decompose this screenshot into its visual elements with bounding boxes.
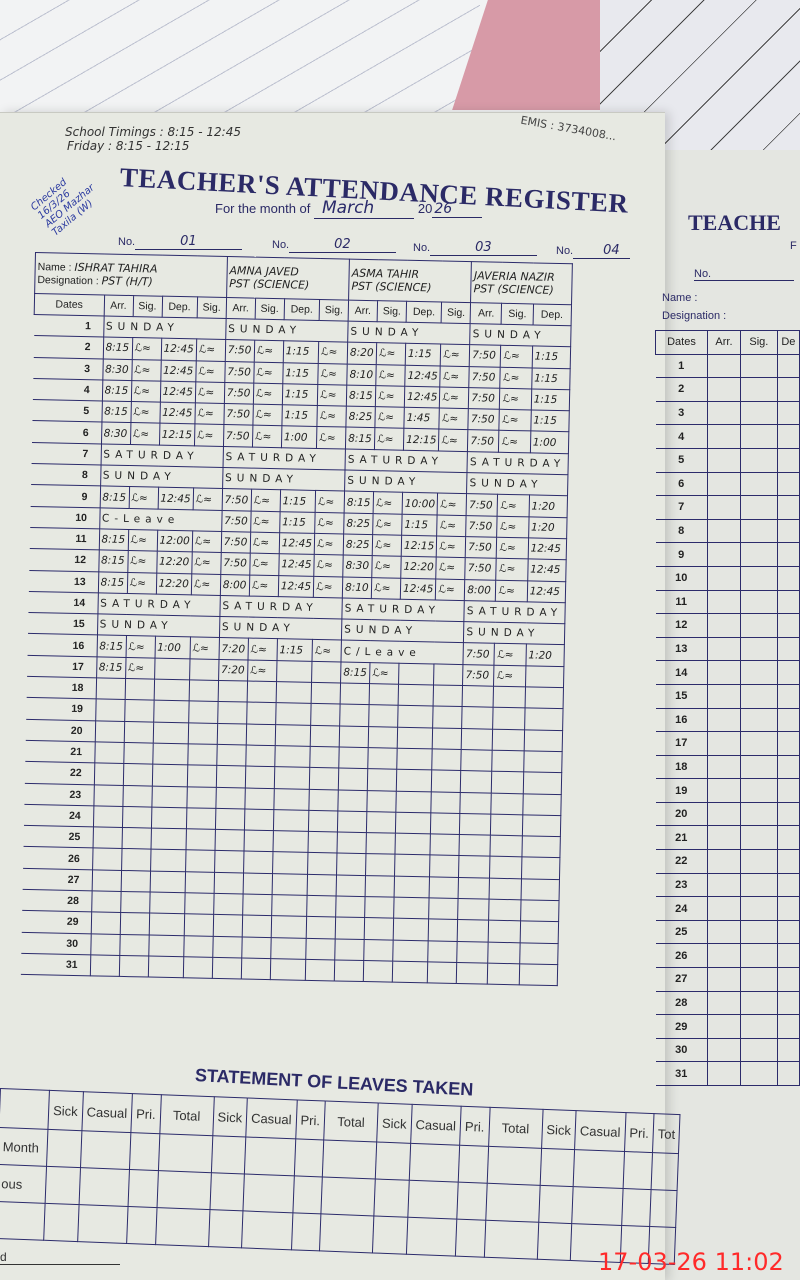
- arrival-cell: [707, 543, 740, 567]
- date-cell: 26: [23, 847, 93, 870]
- arrival-cell: [336, 875, 365, 897]
- signature-cell: [741, 566, 778, 590]
- date-cell: 12: [656, 614, 708, 638]
- departure-cell: 1:00: [281, 426, 317, 448]
- signature-cell: ℒ≈: [126, 636, 155, 658]
- right-page-no-label: No.: [694, 268, 794, 281]
- signature-cell: ℒ≈: [375, 407, 404, 429]
- arrival-cell: [90, 933, 119, 955]
- table-row: 13: [656, 637, 800, 661]
- departure-cell: [777, 1038, 799, 1062]
- departure-cell: 1:00: [155, 637, 191, 659]
- leaves-col-casual: Casual: [246, 1098, 297, 1139]
- departure-cell: [274, 767, 310, 789]
- table-row: 31: [656, 1062, 800, 1086]
- arrival-cell: [457, 941, 489, 963]
- departure-cell: 12:45: [279, 533, 315, 555]
- signature-cell: [430, 834, 459, 856]
- arrival-cell: 8:15: [96, 657, 125, 679]
- arrival-cell: [217, 744, 246, 766]
- leaves-col-sick: Sick: [377, 1103, 412, 1143]
- departure-cell: [525, 687, 563, 709]
- attendance-rows: 1SUNDAYSUNDAYSUNDAYSUNDAY28:15ℒ≈12:45ℒ≈7…: [20, 314, 570, 985]
- year-value: 26: [432, 201, 482, 218]
- arrival-cell: 7:50: [463, 664, 495, 686]
- leaves-col-pri: Pri.: [460, 1106, 490, 1146]
- departure-cell: [522, 815, 560, 837]
- arrival-cell: [336, 896, 365, 918]
- timings-line-1: School Timings : 8:15 - 12:45: [65, 125, 241, 139]
- signature-cell: [188, 722, 217, 744]
- date-cell: 21: [25, 740, 95, 763]
- signature-cell: ℒ≈: [254, 362, 283, 384]
- departure-cell: 1:15: [283, 341, 319, 363]
- date-cell: 19: [26, 698, 96, 721]
- date-cell: 28: [22, 889, 92, 912]
- signature-cell: ℒ≈: [373, 492, 402, 514]
- signature-cell: ℒ≈: [196, 360, 225, 382]
- signature-cell: [741, 732, 778, 756]
- date-cell: 7: [656, 496, 708, 520]
- departure-cell: [276, 682, 312, 704]
- arrival-cell: [707, 802, 740, 826]
- signature-cell: [366, 833, 395, 855]
- arrival-cell: [94, 763, 123, 785]
- signature-cell: ℒ≈: [314, 555, 343, 577]
- signature-cell: [310, 746, 339, 768]
- departure-cell: 1:15: [282, 384, 318, 406]
- right-page-title: TEACHE: [688, 210, 781, 236]
- signature-cell: [308, 810, 337, 832]
- no-label: No.: [272, 239, 289, 251]
- signature-cell: ℒ≈: [497, 537, 529, 559]
- arr-header: Arr.: [104, 295, 133, 317]
- status-cell: SATURDAY: [101, 444, 224, 468]
- no-value: 02: [289, 237, 396, 253]
- arrival-cell: [707, 920, 740, 944]
- arrival-cell: 7:50: [221, 510, 250, 532]
- leaves-col-sick: Sick: [212, 1097, 247, 1137]
- signature-cell: [490, 878, 522, 900]
- arrival-cell: 8:00: [465, 579, 497, 601]
- status-cell: SUNDAY: [219, 617, 342, 641]
- departure-cell: [525, 666, 563, 688]
- departure-cell: 12:45: [527, 580, 565, 602]
- signature-cell: ℒ≈: [192, 531, 221, 553]
- signature-cell: [306, 938, 335, 960]
- arrival-cell: [459, 835, 491, 857]
- departure-cell: [777, 519, 799, 543]
- signature-cell: ℒ≈: [436, 579, 465, 601]
- status-cell: SUNDAY: [225, 319, 348, 343]
- arrival-cell: [707, 496, 740, 520]
- background-ruled-lines: [0, 0, 480, 120]
- table-row: 16: [656, 708, 800, 732]
- attendance-table: Name : ISHRAT TAHIRA Designation : PST (…: [20, 252, 573, 986]
- signature-cell: [741, 425, 778, 449]
- arr-header: Arr.: [348, 300, 377, 322]
- arrival-cell: 8:20: [347, 342, 376, 364]
- date-cell: 15: [656, 684, 708, 708]
- signature-cell: [120, 891, 149, 913]
- date-cell: 27: [22, 868, 92, 891]
- status-cell: SATURDAY: [467, 451, 568, 474]
- arrival-cell: 7:20: [218, 659, 247, 681]
- arrival-cell: [91, 891, 120, 913]
- signature-cell: ℒ≈: [500, 367, 532, 389]
- signature-cell: ℒ≈: [316, 427, 345, 449]
- departure-cell: [777, 401, 799, 425]
- date-cell: 4: [32, 378, 102, 401]
- departure-cell: [392, 961, 428, 983]
- arrival-cell: 8:25: [346, 406, 375, 428]
- arrival-cell: [217, 723, 246, 745]
- signature-cell: [489, 920, 521, 942]
- signature-cell: ℒ≈: [372, 556, 401, 578]
- departure-cell: [777, 968, 799, 992]
- departure-cell: 12:45: [278, 575, 314, 597]
- departure-cell: [154, 679, 190, 701]
- sig-header: Sig.: [319, 299, 348, 321]
- signature-cell: [364, 918, 393, 940]
- arrival-cell: [707, 590, 740, 614]
- arrival-cell: 7:50: [468, 430, 500, 452]
- no-value: 03: [430, 240, 537, 256]
- departure-cell: 12:20: [156, 573, 192, 595]
- signature-cell: ℒ≈: [127, 572, 156, 594]
- signature-cell: [187, 765, 216, 787]
- right-page-name-label: Name :: [662, 292, 697, 304]
- table-row: 29: [656, 1015, 800, 1039]
- table-row: 18: [656, 755, 800, 779]
- date-cell: 30: [656, 1038, 708, 1062]
- arrival-cell: [96, 678, 125, 700]
- departure-cell: 12:45: [405, 365, 441, 387]
- sig-header: Sig.: [377, 301, 406, 323]
- arrival-cell: 8:30: [101, 422, 130, 444]
- teacher-no-1: No.01: [118, 234, 242, 249]
- arrival-cell: 8:30: [102, 359, 131, 381]
- dep-header: Dep.: [284, 299, 320, 321]
- teacher-designation: PST (SCIENCE): [229, 277, 347, 292]
- status-cell: SUNDAY: [103, 316, 226, 340]
- signature-cell: ℒ≈: [196, 339, 225, 361]
- date-cell: 24: [656, 897, 708, 921]
- signature-cell: [429, 877, 458, 899]
- right-page-designation-label: Designation :: [662, 310, 726, 322]
- signature-cell: [185, 850, 214, 872]
- signature-cell: ℒ≈: [253, 383, 282, 405]
- departure-cell: [272, 873, 308, 895]
- departure-cell: 1:45: [404, 407, 440, 429]
- departure-cell: 1:15: [280, 490, 316, 512]
- signature-cell: [741, 968, 778, 992]
- status-cell: SUNDAY: [467, 473, 568, 496]
- signature-cell: [741, 661, 778, 685]
- signature-cell: [307, 895, 336, 917]
- name-label: Name :: [38, 261, 72, 274]
- arrival-cell: 7:20: [219, 638, 248, 660]
- departure-cell: [524, 729, 562, 751]
- signature-cell: [242, 894, 271, 916]
- signature-cell: ℒ≈: [371, 577, 400, 599]
- departure-cell: [777, 354, 799, 378]
- signature-cell: [121, 870, 150, 892]
- signature-cell: ℒ≈: [441, 344, 470, 366]
- departure-cell: [777, 425, 799, 449]
- departure-cell: [777, 944, 799, 968]
- departure-cell: [777, 661, 799, 685]
- departure-cell: [153, 722, 189, 744]
- arrival-cell: [340, 683, 369, 705]
- departure-cell: [777, 779, 799, 803]
- arrival-cell: 8:15: [344, 491, 373, 513]
- table-row: 2: [656, 378, 800, 402]
- arrival-cell: [460, 813, 492, 835]
- arrival-cell: [338, 768, 367, 790]
- table-row: 26: [656, 944, 800, 968]
- date-cell: 8: [656, 519, 708, 543]
- signature-cell: ℒ≈: [374, 428, 403, 450]
- leaves-corner: [0, 1089, 49, 1130]
- table-row: 15: [656, 684, 800, 708]
- arrival-cell: [707, 991, 740, 1015]
- signature-cell: ℒ≈: [312, 640, 341, 662]
- signature-cell: [309, 789, 338, 811]
- signature-cell: [247, 681, 276, 703]
- signature-cell: ℒ≈: [130, 423, 159, 445]
- signature-cell: ℒ≈: [439, 408, 468, 430]
- departure-cell: 12:45: [158, 488, 194, 510]
- signature-cell: ℒ≈: [375, 386, 404, 408]
- table-row: 17: [656, 732, 800, 756]
- arrival-cell: 8:15: [341, 662, 370, 684]
- departure-cell: [520, 900, 558, 922]
- signature-cell: ℒ≈: [130, 402, 159, 424]
- departure-cell: 1:15: [531, 368, 569, 390]
- departure-cell: [519, 942, 557, 964]
- signature-cell: [741, 850, 778, 874]
- departure-cell: [523, 772, 561, 794]
- date-cell: 28: [656, 991, 708, 1015]
- departure-cell: [396, 769, 432, 791]
- departure-cell: 12:00: [157, 530, 193, 552]
- signature-cell: [492, 750, 524, 772]
- departure-cell: 12:45: [404, 386, 440, 408]
- arrival-cell: [462, 707, 494, 729]
- arrival-cell: [214, 851, 243, 873]
- departure-cell: 1:20: [528, 517, 566, 539]
- departure-cell: [777, 873, 799, 897]
- departure-cell: 1:15: [531, 389, 569, 411]
- signature-cell: [741, 543, 778, 567]
- arrival-cell: [213, 893, 242, 915]
- dates-header: Dates: [656, 331, 708, 355]
- signature-cell: [741, 354, 778, 378]
- status-cell: SUNDAY: [97, 614, 220, 638]
- signature-cell: [490, 857, 522, 879]
- arrival-cell: [457, 962, 489, 984]
- table-row: 6: [656, 472, 800, 496]
- signature-cell: [306, 917, 335, 939]
- arrival-cell: [707, 755, 740, 779]
- leaves-table: SickCasualPri.Total SickCasualPri.Total …: [0, 1088, 681, 1265]
- arrival-cell: [707, 614, 740, 638]
- arrival-cell: [95, 721, 124, 743]
- signature-cell: [246, 702, 275, 724]
- status-cell: SUNDAY: [464, 622, 565, 645]
- departure-cell: [148, 956, 184, 978]
- date-cell: 18: [26, 676, 96, 699]
- signature-cell: ℒ≈: [501, 346, 533, 368]
- date-cell: 6: [32, 421, 102, 444]
- arrival-cell: [340, 704, 369, 726]
- signature-cell: [305, 959, 334, 981]
- arrival-cell: 7:50: [222, 489, 251, 511]
- signature-cell: [434, 664, 463, 686]
- status-cell: SATURDAY: [223, 446, 346, 470]
- departure-cell: [777, 1015, 799, 1039]
- signature-cell: [244, 830, 273, 852]
- arrival-cell: 8:15: [346, 385, 375, 407]
- date-cell: 29: [21, 911, 91, 934]
- signature-cell: [188, 744, 217, 766]
- month-row: For the month of March 2026: [215, 198, 482, 218]
- date-cell: 26: [656, 944, 708, 968]
- signature-cell: ℒ≈: [127, 551, 156, 573]
- arrival-cell: [707, 519, 740, 543]
- date-cell: 20: [656, 802, 708, 826]
- teacher-3-header: ASMA TAHIR PST (SCIENCE): [349, 259, 472, 303]
- departure-cell: [520, 921, 558, 943]
- departure-cell: [271, 916, 307, 938]
- leaves-col-total: Total: [324, 1101, 378, 1142]
- table-row: 28: [656, 991, 800, 1015]
- date-cell: 17: [656, 732, 708, 756]
- arrival-cell: [707, 968, 740, 992]
- departure-cell: [777, 448, 799, 472]
- departure-cell: 12:15: [159, 424, 195, 446]
- departure-cell: [777, 732, 799, 756]
- signature-cell: ℒ≈: [254, 340, 283, 362]
- departure-cell: [148, 935, 184, 957]
- signature-cell: [488, 942, 520, 964]
- status-cell: SUNDAY: [100, 465, 223, 489]
- departure-cell: [275, 746, 311, 768]
- signature-cell: ℒ≈: [318, 363, 347, 385]
- sig-header: Sig.: [741, 331, 778, 355]
- departure-cell: [777, 755, 799, 779]
- departure-cell: [153, 700, 189, 722]
- arrival-cell: [461, 749, 493, 771]
- table-row: 22: [656, 850, 800, 874]
- departure-cell: [777, 991, 799, 1015]
- arr-header: Arr.: [707, 331, 740, 355]
- arrival-cell: [707, 850, 740, 874]
- arrival-cell: [458, 899, 490, 921]
- departure-cell: [777, 496, 799, 520]
- signature-cell: [428, 962, 457, 984]
- arrival-cell: 7:50: [221, 531, 250, 553]
- date-cell: 14: [28, 591, 98, 614]
- signature-cell: [432, 728, 461, 750]
- leaves-col-casual: Casual: [410, 1104, 461, 1145]
- departure-cell: [152, 764, 188, 786]
- arrival-cell: [213, 936, 242, 958]
- arrival-cell: [339, 726, 368, 748]
- date-cell: 10: [656, 566, 708, 590]
- signature-cell: [189, 680, 218, 702]
- departure-cell: 12:45: [160, 360, 196, 382]
- dep-header: Dep.: [533, 304, 571, 326]
- signature-cell: ℒ≈: [247, 660, 276, 682]
- date-cell: 13: [656, 637, 708, 661]
- departure-cell: [777, 684, 799, 708]
- departure-cell: 1:15: [283, 362, 319, 384]
- month-value: March: [314, 198, 414, 219]
- departure-cell: [397, 727, 433, 749]
- signature-cell: [244, 809, 273, 831]
- signature-cell: [121, 849, 150, 871]
- right-page-rows: 1234567891011121314151617181920212223242…: [656, 354, 800, 1085]
- departure-cell: [522, 793, 560, 815]
- arrival-cell: 8:10: [342, 577, 371, 599]
- date-cell: 17: [27, 655, 97, 678]
- arrival-cell: 7:50: [463, 643, 495, 665]
- departure-cell: 12:45: [279, 554, 315, 576]
- table-row: 3: [656, 401, 800, 425]
- arrival-cell: [707, 732, 740, 756]
- signature-cell: [184, 914, 213, 936]
- signature-cell: ℒ≈: [129, 487, 158, 509]
- arrival-cell: 7:50: [223, 425, 252, 447]
- arrival-cell: [707, 448, 740, 472]
- arrival-cell: [93, 784, 122, 806]
- signature-cell: ℒ≈: [131, 359, 160, 381]
- table-row: 7: [656, 496, 800, 520]
- signature-cell: [364, 939, 393, 961]
- arrival-cell: [337, 811, 366, 833]
- signature-cell: [187, 786, 216, 808]
- signature-cell: [122, 806, 151, 828]
- date-cell: 24: [23, 804, 93, 827]
- signature-cell: [243, 873, 272, 895]
- table-row: 24: [656, 897, 800, 921]
- signature-cell: ℒ≈: [498, 495, 530, 517]
- date-cell: 3: [656, 401, 708, 425]
- departure-cell: [777, 826, 799, 850]
- arrival-cell: [707, 873, 740, 897]
- signature-cell: ℒ≈: [191, 573, 220, 595]
- arrival-cell: 7:50: [225, 340, 254, 362]
- departure-cell: [519, 964, 557, 986]
- arrival-cell: 7:50: [224, 382, 253, 404]
- signature-cell: ℒ≈: [190, 637, 219, 659]
- signature-cell: [741, 637, 778, 661]
- table-row: 30: [656, 1038, 800, 1062]
- no-value: 04: [573, 243, 630, 259]
- signature-cell: [741, 708, 778, 732]
- table-row: 4: [656, 425, 800, 449]
- signature-cell: [365, 897, 394, 919]
- arrival-cell: 7:50: [468, 409, 500, 431]
- date-cell: 31: [656, 1062, 708, 1086]
- signature-cell: ℒ≈: [315, 491, 344, 513]
- departure-cell: [150, 871, 186, 893]
- arrival-cell: 7:50: [469, 388, 501, 410]
- leaves-col-sick: Sick: [541, 1109, 576, 1149]
- signature-cell: [245, 788, 274, 810]
